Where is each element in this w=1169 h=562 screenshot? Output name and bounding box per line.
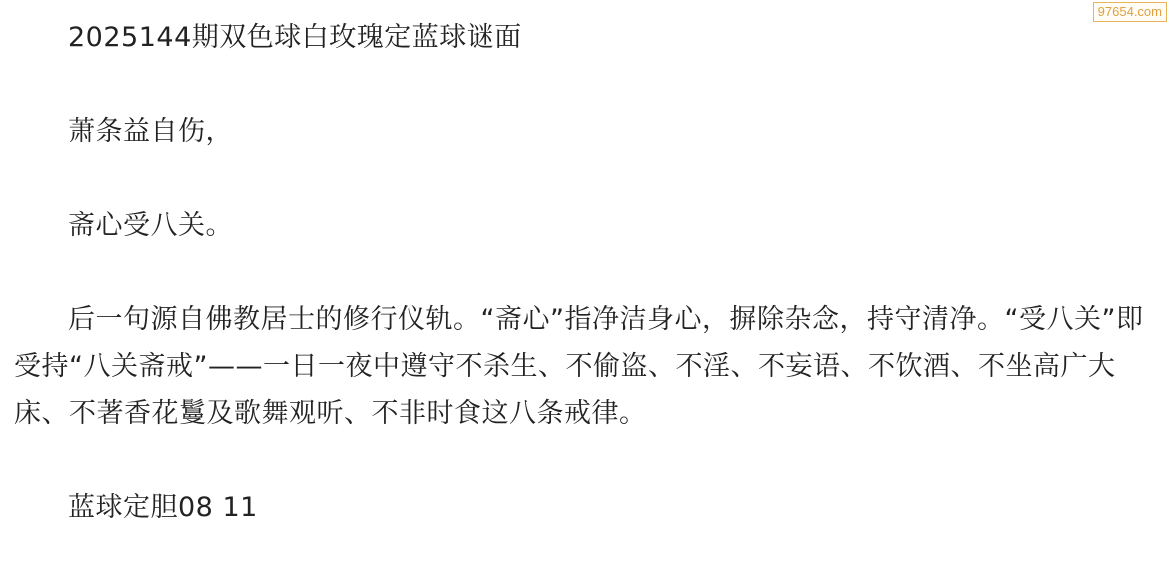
article-title: 2025144期双色球白玫瑰定蓝球谜面 [14,14,1164,61]
spacer [14,61,1164,108]
spacer [14,437,1164,484]
explanation-paragraph: 后一句源自佛教居士的修行仪轨。“斋心”指净洁身心，摒除杂念，持守清净。“受八关”… [14,296,1164,437]
riddle-line-1: 萧条益自伤， [14,108,1164,155]
article-body: 2025144期双色球白玫瑰定蓝球谜面 萧条益自伤， 斋心受八关。 后一句源自佛… [14,14,1164,531]
spacer [14,155,1164,202]
spacer [14,249,1164,296]
blue-ball-pick: 蓝球定胆08 11 [14,484,1164,531]
riddle-line-2: 斋心受八关。 [14,202,1164,249]
